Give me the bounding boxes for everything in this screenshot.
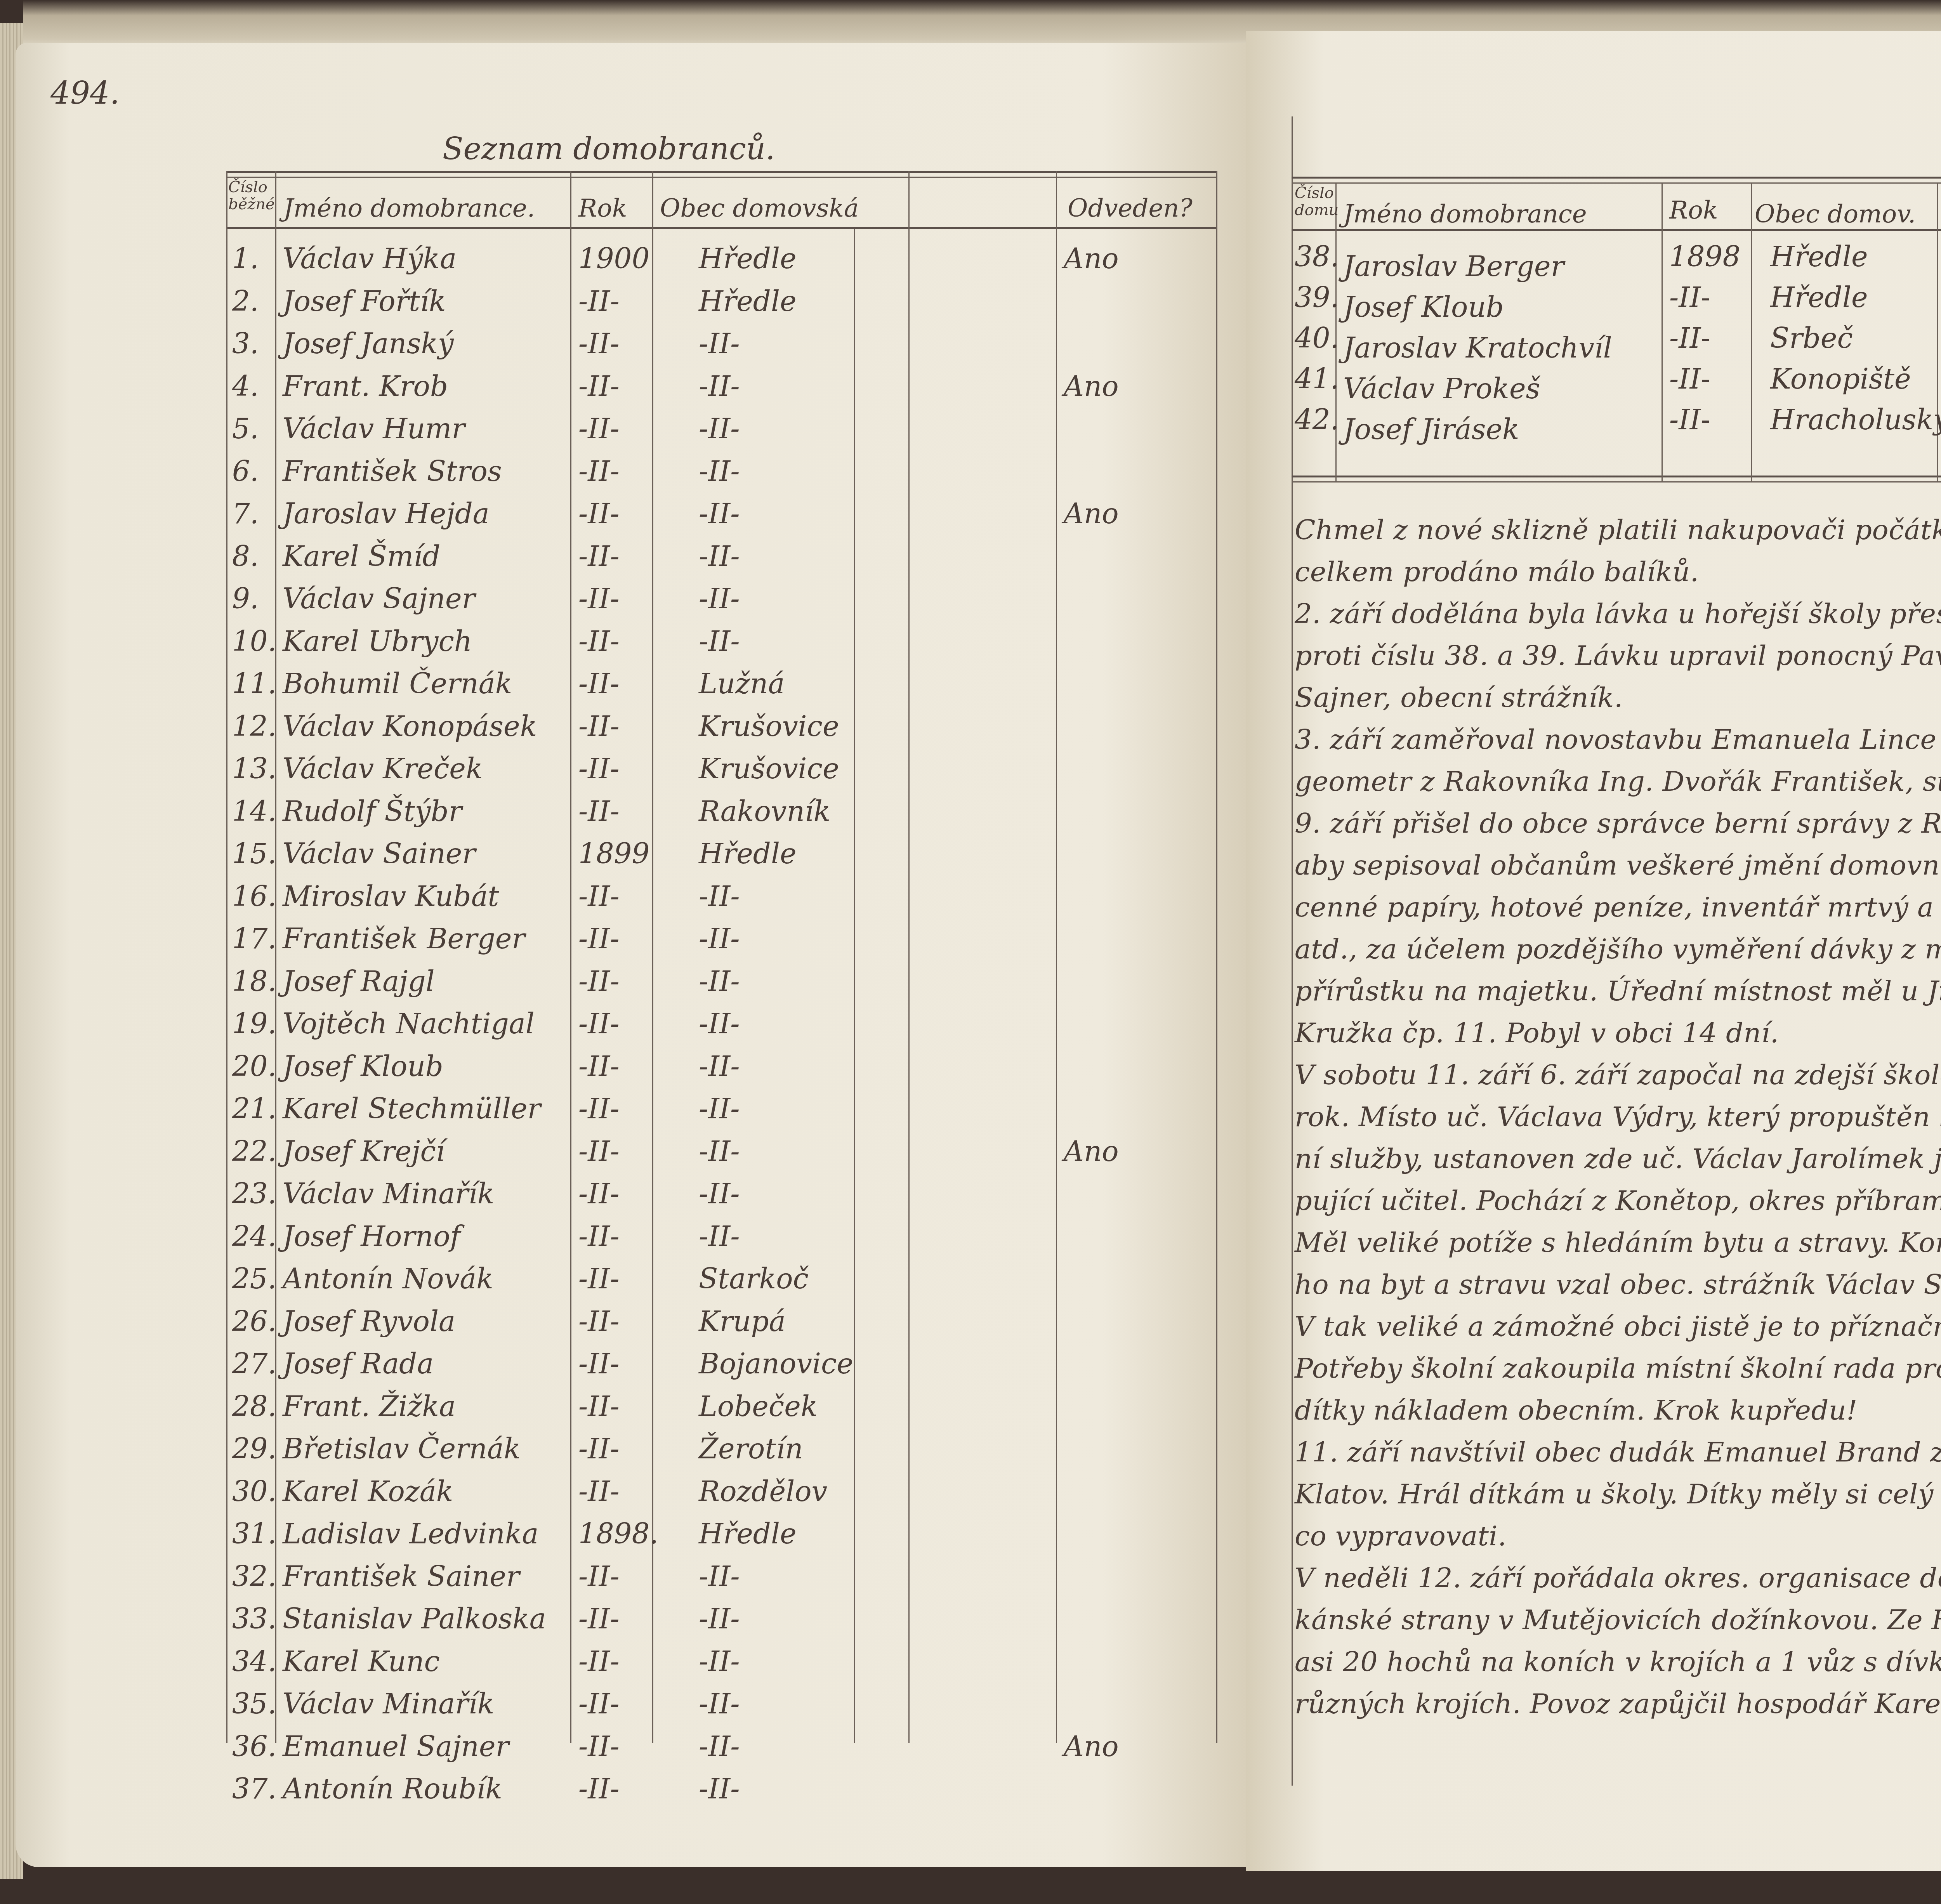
narrative-line: ní služby, ustanoven zde uč. Václav Jaro… [1295,1145,1941,1172]
row-name: Josef Hornof [283,1222,460,1250]
narrative-line: 9. září přišel do obce správce berní spr… [1295,810,1941,837]
narrative-line: celkem prodáno málo balíků. [1295,558,1699,585]
row-number: 37. [232,1775,277,1803]
row-name: Josef Rajgl [283,967,435,995]
row-number: 33. [232,1605,277,1633]
row-number: 2. [232,287,259,315]
row-number: 32. [232,1562,277,1590]
row-year: -II- [578,1775,620,1803]
narrative-line: Kružka čp. 11. Pobyl v obci 14 dní. [1295,1019,1779,1047]
row-name: Václav Kreček [283,755,483,783]
row-year: -II- [578,1477,620,1505]
row-year: -II- [578,585,620,613]
narrative-line: cenné papíry, hotové peníze, inventář mr… [1295,894,1941,921]
row-year: -II- [578,712,620,740]
row-village: Krupá [699,1307,786,1335]
row-name: Jaroslav Hejda [283,500,490,528]
row-village: -II- [699,1605,740,1633]
col-header-house-number: Číslo domu [1295,184,1333,219]
row-village: -II- [699,1095,740,1123]
row-name: Václav Humr [283,415,465,443]
row-name: František Sainer [283,1562,519,1590]
row-number: 29. [232,1435,277,1463]
row-name: Václav Prokeš [1343,375,1540,403]
narrative-line: aby sepisoval občanům veškeré jmění domo… [1295,852,1941,879]
col-rule [1216,171,1217,1743]
row-year: -II- [578,1690,620,1718]
col-rule [908,171,910,1743]
row-village: Hředle [1770,283,1868,311]
col-rule [1056,171,1057,1743]
narrative-line: co vypravovati. [1295,1522,1507,1550]
row-year: -II- [1669,406,1710,434]
row-year: 1898. [578,1520,658,1548]
col-header-name: Jméno domobrance [1343,202,1587,227]
row-year: -II- [578,755,620,783]
row-year: -II- [578,797,620,825]
row-village: -II- [699,500,740,528]
row-name: Antonín Novák [283,1265,493,1293]
row-number: 14. [232,797,277,825]
narrative-line: Měl veliké potíže s hledáním bytu a stra… [1295,1229,1941,1256]
row-village: -II- [699,372,740,400]
row-name: František Stros [283,457,502,485]
row-name: Ladislav Ledvinka [283,1520,538,1548]
col-rule [1937,182,1938,481]
row-drafted: Ano [1064,372,1119,400]
narrative-line: kánské strany v Mutějovicích dožínkovou.… [1295,1606,1941,1633]
row-year: -II- [578,1095,620,1123]
row-village: -II- [699,1647,740,1675]
row-year: -II- [578,1180,620,1208]
row-number: 22. [232,1137,277,1165]
row-name: Frant. Žižka [283,1392,456,1420]
row-number: 40. [1295,324,1339,352]
row-name: Josef Ryvola [283,1307,455,1335]
row-village: Konopiště [1770,365,1911,393]
narrative-line: asi 20 hochů na koních v krojích a 1 vůz… [1295,1648,1941,1675]
row-year: -II- [578,967,620,995]
header-top-rule-2 [1292,182,1941,184]
row-year: -II- [578,1265,620,1293]
row-number: 27. [232,1350,277,1378]
row-number: 20. [232,1052,277,1080]
row-number: 18. [232,967,277,995]
row-name: Václav Hýka [283,245,457,272]
left-page-number: 494. [50,78,120,109]
row-year: -II- [578,1647,620,1675]
row-name: Václav Minařík [283,1690,494,1718]
row-village: -II- [699,457,740,485]
row-village: -II- [699,1562,740,1590]
row-year: 1900 [578,245,649,272]
row-number: 11. [232,670,277,698]
row-village: Lobeček [699,1392,818,1420]
row-number: 23. [232,1180,277,1208]
narrative-line: V neděli 12. září pořádala okres. organi… [1295,1564,1941,1592]
row-year: -II- [578,1307,620,1335]
row-village: -II- [699,1732,740,1760]
row-year: -II- [578,1732,620,1760]
row-year: -II- [578,1562,620,1590]
row-village: -II- [699,627,740,655]
narrative-line: proti číslu 38. a 39. Lávku upravil pono… [1295,642,1941,669]
col-rule [570,171,571,1743]
narrative-line: dítky nákladem obecním. Krok kupředu! [1295,1397,1858,1424]
row-number: 16. [232,882,277,910]
row-number: 3. [232,330,259,358]
narrative-line: rok. Místo uč. Václava Výdry, který prop… [1295,1103,1941,1130]
row-village: Hředle [699,287,797,315]
row-name: Josef Jirásek [1343,415,1519,443]
table-bottom-rule-2 [1292,481,1941,483]
row-village: -II- [699,882,740,910]
row-number: 10. [232,627,277,655]
col-header-year: Rok [1669,198,1718,223]
col-header-village: Obec domov. [1755,202,1916,227]
row-number: 8. [232,542,259,570]
row-village: Lužná [699,670,785,698]
row-year: -II- [1669,283,1710,311]
row-name: Emanuel Sajner [283,1732,509,1760]
narrative-line: Chmel z nové sklizně platili nakupovači … [1295,516,1941,543]
row-name: Václav Sajner [283,585,475,613]
row-name: Bohumil Černák [283,670,512,698]
row-number: 41. [1295,365,1339,393]
row-drafted: Ano [1064,1732,1119,1760]
row-village: Hředle [699,840,797,868]
row-village: -II- [699,1180,740,1208]
row-name: Karel Kunc [283,1647,440,1675]
row-number: 38. [1295,243,1339,271]
row-name: Josef Janský [283,330,454,358]
narrative-line: Potřeby školní zakoupila místní školní r… [1295,1355,1941,1382]
row-name: Josef Rada [283,1350,434,1378]
row-number: 4. [232,372,259,400]
row-village: -II- [699,1137,740,1165]
row-drafted: Ano [1064,245,1119,272]
row-year: 1899 [578,840,649,868]
row-name: Karel Kozák [283,1477,453,1505]
row-year: -II- [578,500,620,528]
col-rule [854,229,855,1743]
row-year: -II- [578,542,620,570]
col-rule [652,171,653,1743]
row-name: Karel Šmíd [283,542,440,570]
row-name: Antonín Roubík [283,1775,502,1803]
row-village: Rozdělov [699,1477,827,1505]
narrative-line: ho na byt a stravu vzal obec. strážník V… [1295,1271,1941,1298]
header-top-rule-2 [226,177,1216,178]
row-year: -II- [578,457,620,485]
row-name: Stanislav Palkoska [283,1605,546,1633]
row-year: -II- [578,882,620,910]
row-number: 42. [1295,406,1339,434]
row-village: Starkoč [699,1265,809,1293]
row-name: Frant. Krob [283,372,448,400]
row-year: -II- [578,330,620,358]
table-bottom-rule [1292,476,1941,477]
row-number: 7. [232,500,259,528]
col-header-village: Obec domovská [660,196,859,221]
row-number: 25. [232,1265,277,1293]
left-page-title: Seznam domobranců. [443,134,775,164]
row-year: -II- [578,1052,620,1080]
left-page [16,43,1246,1867]
row-village: Rakovník [699,797,830,825]
row-year: -II- [578,1222,620,1250]
row-number: 26. [232,1307,277,1335]
row-year: -II- [1669,324,1710,352]
row-name: Karel Stechmüller [283,1095,541,1123]
row-name: Břetislav Černák [283,1435,521,1463]
row-year: -II- [578,670,620,698]
row-number: 1. [232,245,259,272]
row-village: -II- [699,1222,740,1250]
row-number: 5. [232,415,259,443]
row-year: -II- [578,1350,620,1378]
right-page-left-margin-rule [1292,116,1293,1786]
col-rule [1751,182,1752,481]
row-village: -II- [699,1010,740,1038]
narrative-line: atd., za účelem pozdějšího vyměření dávk… [1295,936,1941,963]
row-name: Rudolf Štýbr [283,797,462,825]
row-year: -II- [578,372,620,400]
row-year: -II- [578,1435,620,1463]
row-year: -II- [578,925,620,953]
narrative-line: Sajner, obecní strážník. [1295,684,1623,711]
row-village: -II- [699,967,740,995]
narrative-line: přírůstku na majetku. Úřední místnost mě… [1295,977,1941,1005]
row-village: -II- [699,925,740,953]
row-number: 17. [232,925,277,953]
col-header-drafted: Odveden? [1068,196,1193,221]
row-name: Jaroslav Kratochvíl [1343,334,1612,362]
row-year: 1898 [1669,243,1740,271]
row-number: 13. [232,755,277,783]
row-number: 6. [232,457,259,485]
row-number: 35. [232,1690,277,1718]
row-village: Žerotín [699,1435,803,1463]
row-village: -II- [699,1052,740,1080]
narrative-line: Klatov. Hrál dítkám u školy. Dítky měly … [1295,1481,1941,1508]
row-number: 19. [232,1010,277,1038]
row-drafted: Ano [1064,1137,1119,1165]
row-number: 31. [232,1520,277,1548]
row-village: Krušovice [699,755,839,783]
row-name: Jaroslav Berger [1343,252,1564,280]
row-number: 34. [232,1647,277,1675]
narrative-line: 11. září navštívil obec dudák Emanuel Br… [1295,1439,1941,1466]
row-number: 24. [232,1222,277,1250]
header-bottom-rule [226,227,1216,229]
row-number: 30. [232,1477,277,1505]
row-name: Josef Krejčí [283,1137,445,1165]
row-name: Josef Fořtík [283,287,446,315]
row-village: -II- [699,330,740,358]
row-village: Hracholusky [1770,406,1941,434]
row-name: Václav Sainer [283,840,476,868]
header-top-rule [226,171,1216,173]
row-village: -II- [699,1775,740,1803]
row-year: -II- [578,627,620,655]
row-village: Hředle [1770,243,1868,271]
col-rule [1661,182,1663,481]
row-village: Bojanovice [699,1350,853,1378]
row-name: Josef Kloub [283,1052,443,1080]
row-name: Josef Kloub [1343,293,1504,321]
row-name: Vojtěch Nachtigal [283,1010,535,1038]
header-bottom-rule [1292,229,1941,231]
row-year: -II- [578,1137,620,1165]
row-village: Hředle [699,1520,797,1548]
header-top-rule [1292,177,1941,179]
narrative-line: různých krojích. Povoz zapůjčil hospodář… [1295,1690,1941,1717]
row-name: Miroslav Kubát [283,882,499,910]
narrative-line: pující učitel. Pochází z Konětop, okres … [1295,1187,1941,1214]
row-number: 21. [232,1095,277,1123]
row-name: Karel Ubrych [283,627,472,655]
narrative-line: 2. září dodělána byla lávka u hořejší šk… [1295,600,1941,627]
row-name: Václav Konopásek [283,712,537,740]
row-number: 12. [232,712,277,740]
col-header-number: Číslo běžné [228,179,273,213]
row-year: -II- [578,415,620,443]
row-year: -II- [578,287,620,315]
row-number: 9. [232,585,259,613]
row-drafted: Ano [1064,500,1119,528]
row-village: -II- [699,1690,740,1718]
row-village: -II- [699,415,740,443]
row-year: -II- [578,1392,620,1420]
row-year: -II- [578,1605,620,1633]
row-number: 28. [232,1392,277,1420]
col-header-name: Jméno domobrance. [283,196,535,221]
row-village: -II- [699,542,740,570]
row-number: 15. [232,840,277,868]
col-header-year: Rok [578,196,627,221]
row-year: -II- [578,1010,620,1038]
narrative-line: V tak veliké a zámožné obci jistě je to … [1295,1313,1941,1340]
row-number: 36. [232,1732,277,1760]
narrative-line: geometr z Rakovníka Ing. Dvořák Františe… [1295,768,1941,795]
col-rule [226,171,227,1743]
row-year: -II- [1669,365,1710,393]
row-number: 39. [1295,283,1339,311]
row-name: Václav Minařík [283,1180,494,1208]
narrative-line: 3. září zaměřoval novostavbu Emanuela Li… [1295,726,1941,753]
row-village: Srbeč [1770,324,1853,352]
row-village: Krušovice [699,712,839,740]
narrative-line: V sobotu 11. září 6. září započal na zde… [1295,1061,1941,1088]
row-village: Hředle [699,245,797,272]
row-name: František Berger [283,925,525,953]
row-village: -II- [699,585,740,613]
